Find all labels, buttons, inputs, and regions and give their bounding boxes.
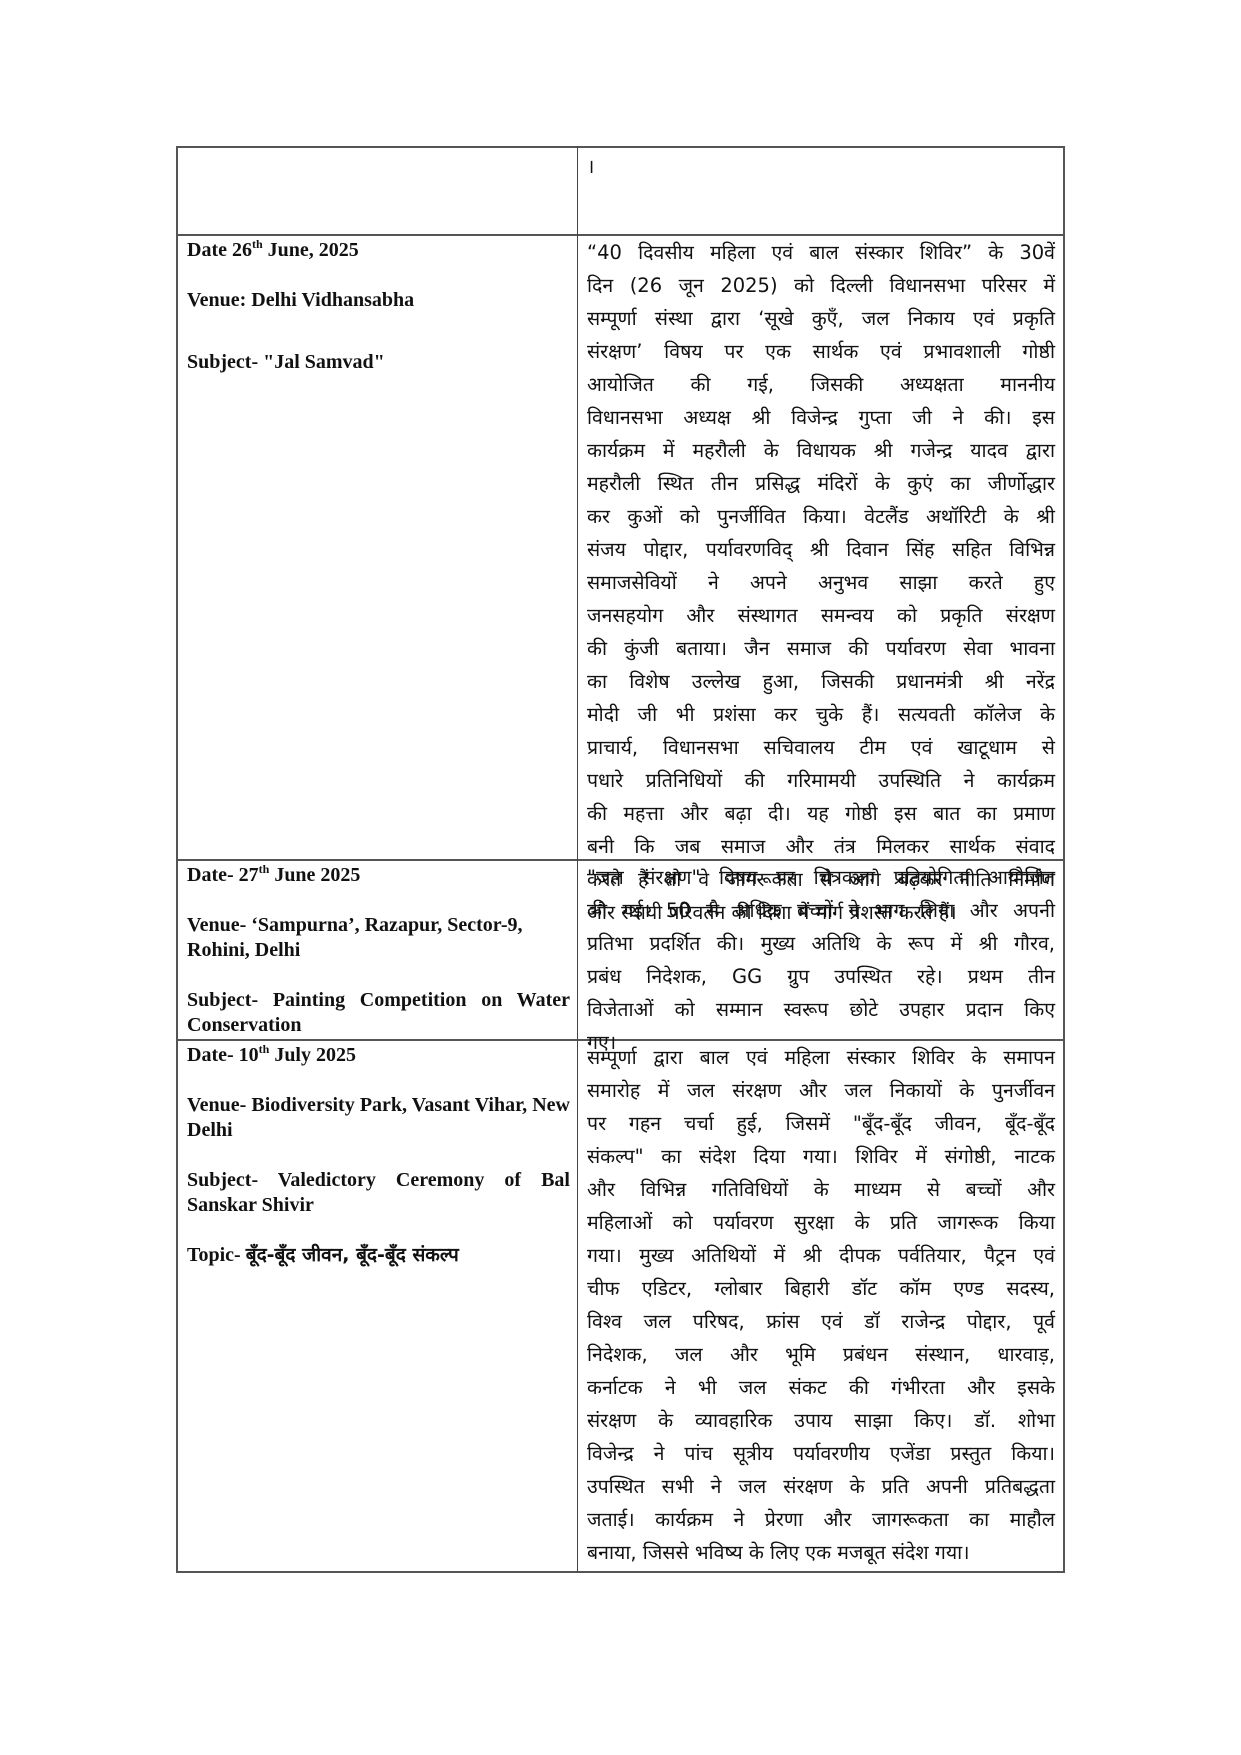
text-line: जनसहयोग और संस्थागत समन्वय को प्रकृति सं… — [587, 599, 1055, 632]
text-line: की गई। 50 से अधिक बच्चों ने भाग लिया और … — [587, 894, 1055, 927]
text-line: पर गहन चर्चा हुई, जिसमें "बूँद-बूँद जीवन… — [587, 1107, 1055, 1140]
text-line: गया। मुख्य अतिथियों में श्री दीपक पर्वति… — [587, 1239, 1055, 1272]
row1-description: । — [587, 150, 1055, 183]
text-line: प्रतिभा प्रदर्शित की। मुख्य अतिथि के रूप… — [587, 927, 1055, 960]
document-page: । Date 26th June, 2025 Venue: Delhi Vidh… — [0, 0, 1241, 1755]
text-line: दिन (26 जून 2025) को दिल्ली विधानसभा परि… — [587, 269, 1055, 302]
text-line: सम्पूर्णा संस्था द्वारा ‘सूखे कुएँ, जल न… — [587, 302, 1055, 335]
row4-description: सम्पूर्णा द्वारा बाल एवं महिला संस्कार श… — [587, 1041, 1055, 1569]
text-line: मोदी जी भी प्रशंसा कर चुके हैं। सत्यवती … — [587, 698, 1055, 731]
text-line: पधारे प्रतिनिधियों की गरिमामयी उपस्थिति … — [587, 764, 1055, 797]
event-topic: Topic- बूँद-बूँद जीवन, बूँद-बूँद संकल्प — [187, 1243, 570, 1268]
text-line: प्राचार्य, विधानसभा सचिवालय टीम एवं खाटू… — [587, 731, 1055, 764]
topic-value: बूँद-बूँद जीवन, बूँद-बूँद संकल्प — [246, 1244, 459, 1266]
event-date: Date 26th June, 2025 — [187, 238, 570, 263]
event-subject: Subject- Painting Competition on Water C… — [187, 988, 570, 1038]
text-line: संकल्प" का संदेश दिया गया। शिविर में संग… — [587, 1140, 1055, 1173]
text-line: कर कुओं को पुनर्जीवित किया। वेटलैंड अथॉर… — [587, 500, 1055, 533]
text-line: सम्पूर्णा द्वारा बाल एवं महिला संस्कार श… — [587, 1041, 1055, 1074]
row2-details: Date 26th June, 2025 Venue: Delhi Vidhan… — [187, 238, 570, 375]
text-line: बनी कि जब समाज और तंत्र मिलकर सार्थक संव… — [587, 830, 1055, 863]
event-date: Date- 10th July 2025 — [187, 1043, 570, 1068]
text-line: । — [587, 150, 1055, 183]
text-line: उपस्थित सभी ने जल संरक्षण के प्रति अपनी … — [587, 1470, 1055, 1503]
event-venue: Venue- Biodiversity Park, Vasant Vihar, … — [187, 1093, 570, 1143]
text-line: संरक्षण’ विषय पर एक सार्थक एवं प्रभावशाल… — [587, 335, 1055, 368]
text-line: चीफ एडिटर, ग्लोबार बिहारी डॉट कॉम एण्ड स… — [587, 1272, 1055, 1305]
row4-details: Date- 10th July 2025 Venue- Biodiversity… — [187, 1043, 570, 1268]
event-venue: Venue: Delhi Vidhansabha — [187, 288, 570, 313]
text-line: समाजसेवियों ने अपने अनुभव साझा करते हुए — [587, 566, 1055, 599]
row3-details: Date- 27th June 2025 Venue- ‘Sampurna’, … — [187, 863, 570, 1038]
event-date: Date- 27th June 2025 — [187, 863, 570, 888]
event-venue: Venue- ‘Sampurna’, Razapur, Sector-9, Ro… — [187, 913, 570, 963]
text-line: महरौली स्थित तीन प्रसिद्ध मंदिरों के कुए… — [587, 467, 1055, 500]
text-line: विश्व जल परिषद, फ्रांस एवं डॉ राजेन्द्र … — [587, 1305, 1055, 1338]
text-line: विधानसभा अध्यक्ष श्री विजेन्द्र गुप्ता ज… — [587, 401, 1055, 434]
text-line: महिलाओं को पर्यावरण सुरक्षा के प्रति जाग… — [587, 1206, 1055, 1239]
text-line: समारोह में जल संरक्षण और जल निकायों के प… — [587, 1074, 1055, 1107]
row2-description: “40 दिवसीय महिला एवं बाल संस्कार शिविर” … — [587, 236, 1055, 929]
text-line: विजेताओं को सम्मान स्वरूप छोटे उपहार प्र… — [587, 993, 1055, 1026]
text-line: विजेन्द्र ने पांच सूत्रीय पर्यावरणीय एजे… — [587, 1437, 1055, 1470]
text-line: संरक्षण के व्यावहारिक उपाय साझा किए। डॉ.… — [587, 1404, 1055, 1437]
text-line: निदेशक, जल और भूमि प्रबंधन संस्थान, धारव… — [587, 1338, 1055, 1371]
text-line: बनाया, जिससे भविष्य के लिए एक मजबूत संदे… — [587, 1536, 1055, 1569]
text-line: की कुंजी बताया। जैन समाज की पर्यावरण सेव… — [587, 632, 1055, 665]
text-line: आयोजित की गई, जिसकी अध्यक्षता माननीय — [587, 368, 1055, 401]
text-line: “40 दिवसीय महिला एवं बाल संस्कार शिविर” … — [587, 236, 1055, 269]
column-divider — [577, 146, 578, 1573]
text-line: कर्नाटक ने भी जल संकट की गंभीरता और इसके — [587, 1371, 1055, 1404]
text-line: प्रबंध निदेशक, GG ग्रुप उपस्थित रहे। प्र… — [587, 960, 1055, 993]
text-line: "जल संरक्षण" विषय पर चित्रकला प्रतियोगित… — [587, 861, 1055, 894]
text-line: की महत्ता और बढ़ा दी। यह गोष्ठी इस बात क… — [587, 797, 1055, 830]
row3-description: "जल संरक्षण" विषय पर चित्रकला प्रतियोगित… — [587, 861, 1055, 1059]
text-line: और विभिन्न गतिविधियों के माध्यम से बच्चो… — [587, 1173, 1055, 1206]
event-subject: Subject- "Jal Samvad" — [187, 350, 570, 375]
text-line: जताई। कार्यक्रम ने प्रेरणा और जागरूकता क… — [587, 1503, 1055, 1536]
event-subject: Subject- Valedictory Ceremony of Bal San… — [187, 1168, 570, 1218]
text-line: संजय पोद्दार, पर्यावरणविद् श्री दिवान सि… — [587, 533, 1055, 566]
text-line: कार्यक्रम में महरौली के विधायक श्री गजेन… — [587, 434, 1055, 467]
text-line: का विशेष उल्लेख हुआ, जिसकी प्रधानमंत्री … — [587, 665, 1055, 698]
